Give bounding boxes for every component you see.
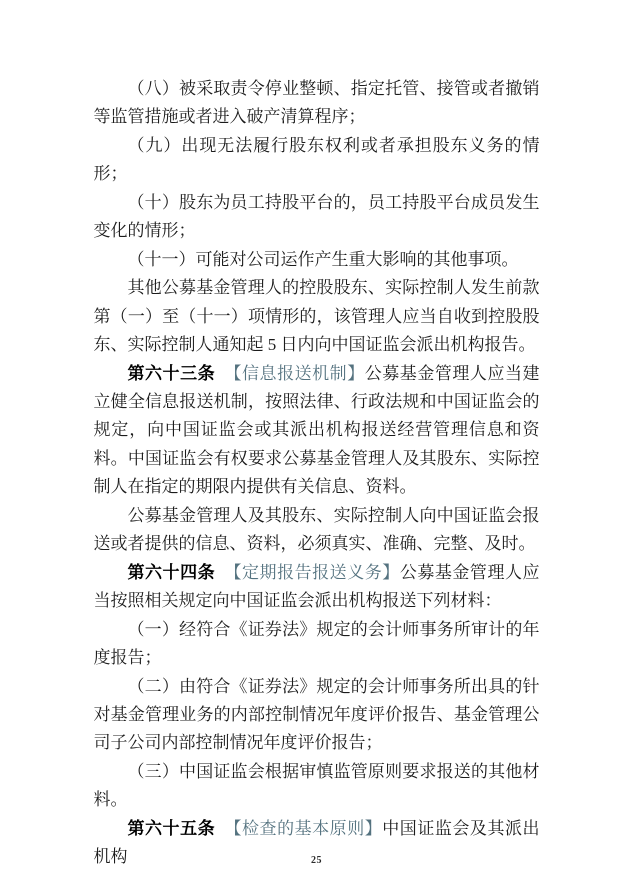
article-text: 公募基金管理人应当建立健全信息报送机制，按照法律、行政法规和中国证监会的规定，向… — [94, 364, 540, 497]
page-number: 25 — [0, 855, 633, 866]
body-paragraph: （一）经符合《证券法》规定的会计师事务所审计的年度报告； — [94, 616, 540, 673]
document-page: （八）被采取责令停业整顿、指定托管、接管或者撤销等监管措施或者进入破产清算程序；… — [0, 0, 633, 894]
body-paragraph: （十）股东为员工持股平台的，员工持股平台成员发生变化的情形； — [94, 189, 540, 246]
body-paragraph: （三）中国证监会根据审慎监管原则要求报送的其他材料。 — [94, 758, 540, 815]
article-paragraph: 第六十三条【信息报送机制】公募基金管理人应当建立健全信息报送机制，按照法律、行政… — [94, 360, 540, 502]
article-number: 第六十五条 — [128, 819, 216, 838]
article-subject: 【定期报告报送义务】 — [225, 563, 400, 582]
article-number: 第六十四条 — [128, 563, 216, 582]
body-paragraph: （二）由符合《证券法》规定的会计师事务所出具的针对基金管理业务的内部控制情况年度… — [94, 673, 540, 758]
body-paragraph: （九）出现无法履行股东权利或者承担股东义务的情形； — [94, 132, 540, 189]
article-paragraph: 第六十四条【定期报告报送义务】公募基金管理人应当按照相关规定向中国证监会派出机构… — [94, 559, 540, 616]
body-paragraph: （八）被采取责令停业整顿、指定托管、接管或者撤销等监管措施或者进入破产清算程序； — [94, 75, 540, 132]
document-body: （八）被采取责令停业整顿、指定托管、接管或者撤销等监管措施或者进入破产清算程序；… — [94, 0, 540, 872]
body-paragraph: （十一）可能对公司运作产生重大影响的其他事项。 — [94, 246, 540, 274]
body-paragraph: 其他公募基金管理人的控股股东、实际控制人发生前款第（一）至（十一）项情形的，该管… — [94, 274, 540, 359]
article-subject: 【信息报送机制】 — [225, 364, 365, 383]
body-paragraph: 公募基金管理人及其股东、实际控制人向中国证监会报送或者提供的信息、资料，必须真实… — [94, 502, 540, 559]
article-subject: 【检查的基本原则】 — [225, 819, 383, 838]
article-number: 第六十三条 — [128, 364, 216, 383]
